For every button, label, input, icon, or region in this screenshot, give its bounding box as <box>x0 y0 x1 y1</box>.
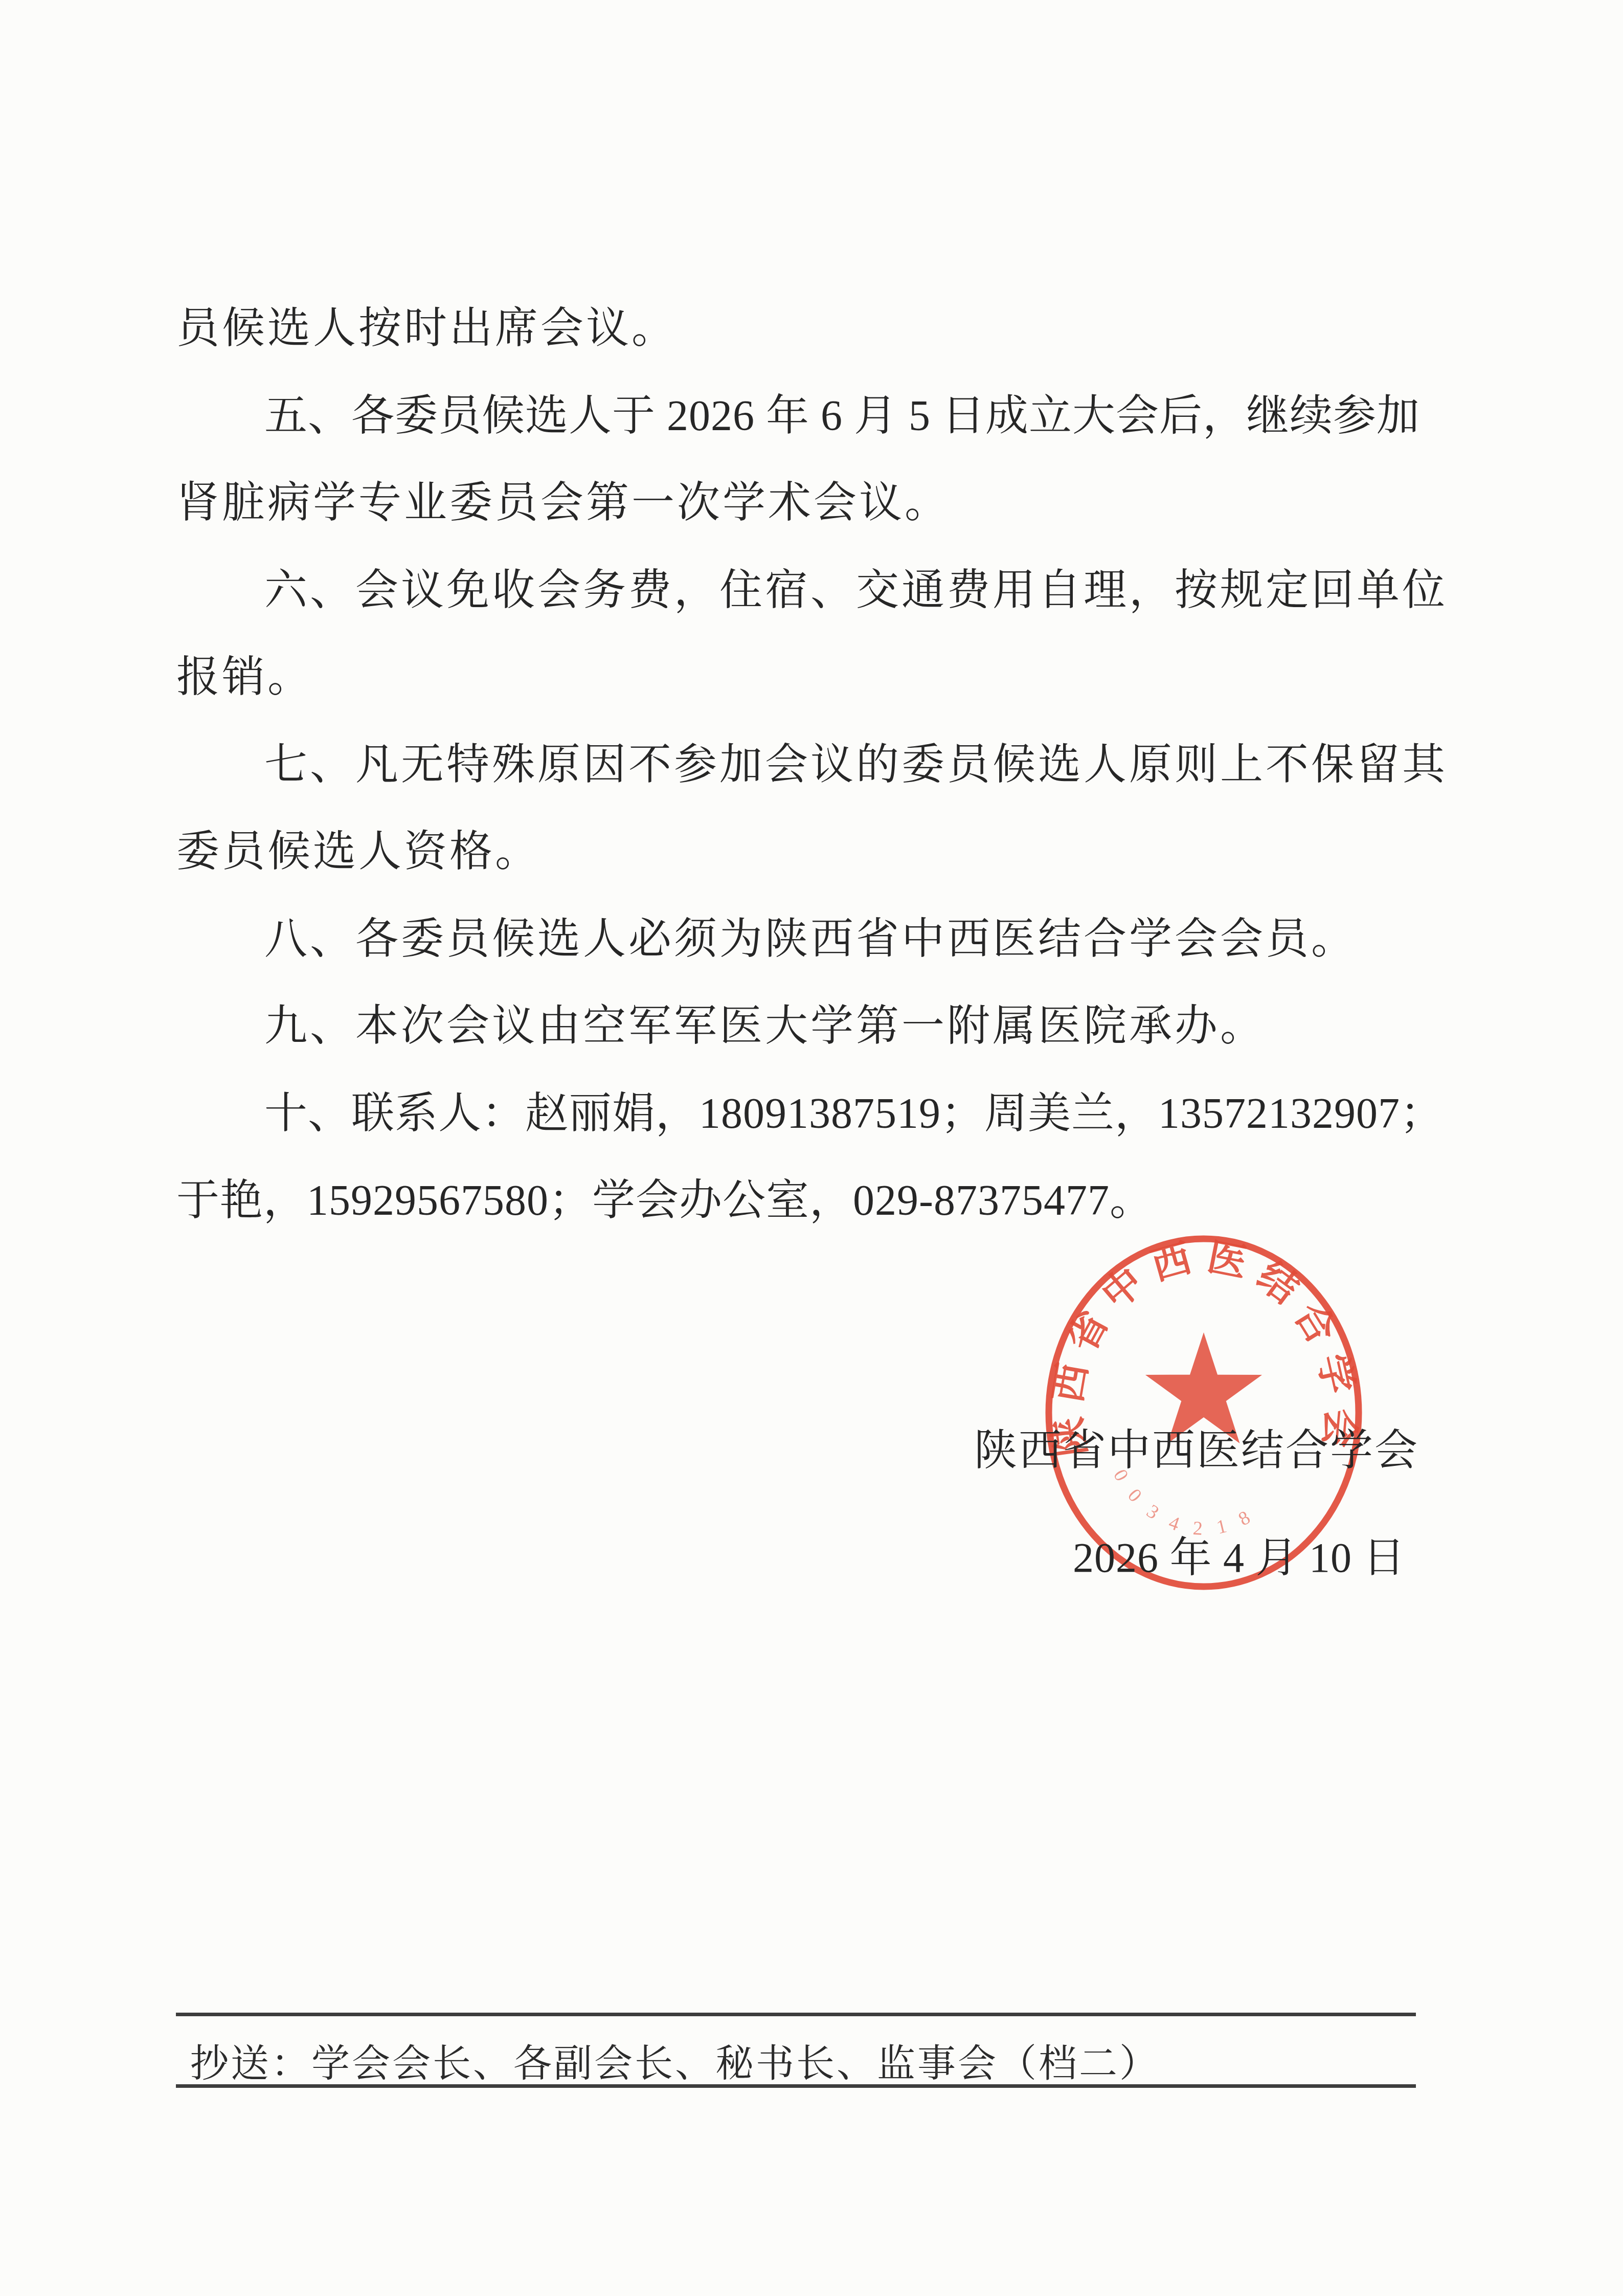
body-line: 于艳，15929567580；学会办公室，029-87375477。 <box>176 1157 1445 1245</box>
body-line: 报销。 <box>176 634 1445 722</box>
body-line: 肾脏病学专业委员会第一次学术会议。 <box>176 460 1445 547</box>
issue-date: 2026 年 4 月 10 日 <box>1073 1524 1406 1584</box>
body-line: 八、各委员候选人必须为陕西省中西医结合学会会员。 <box>176 896 1445 984</box>
body-line: 十、联系人：赵丽娟，18091387519；周美兰，13572132907； <box>176 1071 1445 1158</box>
footer-cc-line: 抄送：学会会长、各副会长、秘书长、监事会（档二） <box>190 2033 1160 2088</box>
body-line: 委员候选人资格。 <box>176 809 1445 896</box>
body-line: 六、会议免收会务费，住宿、交通费用自理，按规定回单位 <box>176 547 1445 635</box>
body-line: 五、各委员候选人于 2026 年 6 月 5 日成立大会后，继续参加 <box>176 373 1445 460</box>
scanned-notice-page: 陕西省中西医结合学会 0034218 员候选人按时出席会议。 五、各委员候选人于… <box>0 0 1623 2296</box>
body-line: 九、本次会议由空军军医大学第一附属医院承办。 <box>176 983 1445 1071</box>
footer-rule-bottom <box>176 2084 1416 2088</box>
body-line: 七、凡无特殊原因不参加会议的委员候选人原则上不保留其 <box>176 722 1445 809</box>
footer-rule-top <box>176 2013 1416 2016</box>
notice-body: 员候选人按时出席会议。 五、各委员候选人于 2026 年 6 月 5 日成立大会… <box>176 285 1445 1245</box>
body-line: 员候选人按时出席会议。 <box>176 285 1445 373</box>
issuer-signature: 陕西省中西医结合学会 <box>974 1416 1419 1478</box>
